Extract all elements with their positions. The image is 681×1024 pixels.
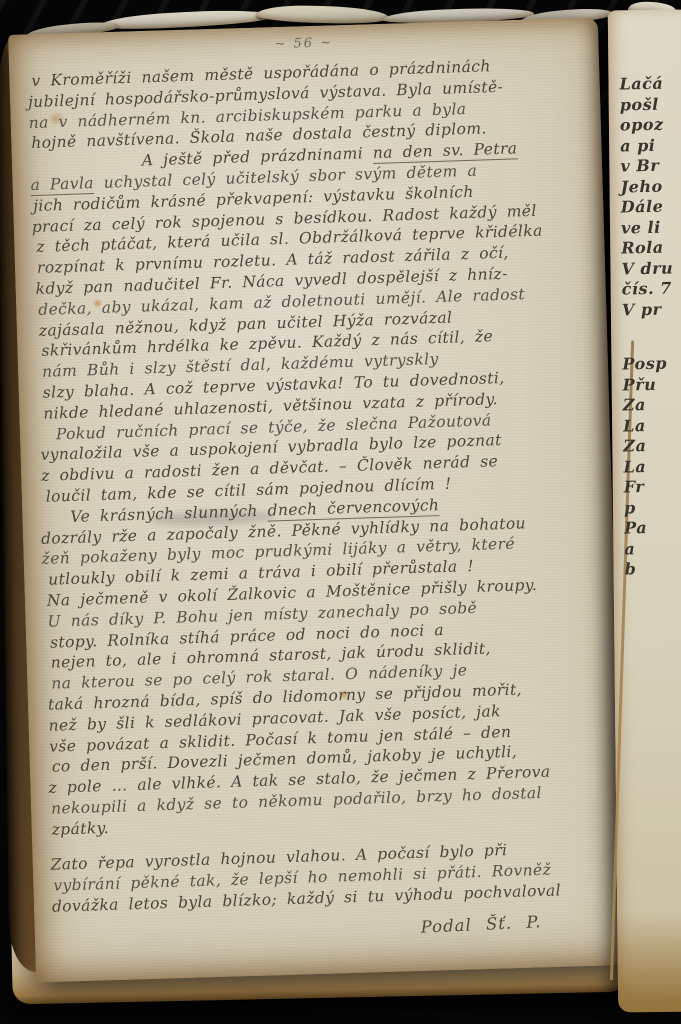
next-page-line-fragment: a pi: [620, 135, 672, 156]
next-page-line-fragment: ve li: [621, 217, 673, 238]
next-page-line-fragment: La: [623, 415, 675, 436]
next-page-text-fragments: Lačápošlopoza piv BrJehoDáleve liRolaV d…: [619, 74, 676, 580]
next-page-line-fragment: pošl: [620, 94, 672, 115]
manuscript-text: v Kroměříži našem městě uspořádána o prá…: [27, 54, 615, 946]
next-page-line-fragment: opoz: [620, 115, 672, 136]
next-page-line-fragment: Dále: [621, 197, 673, 218]
next-page-line-fragment: V dru: [621, 258, 673, 279]
next-page-line-fragment: Rola: [621, 238, 673, 259]
next-page-line-fragment: Lačá: [619, 74, 671, 95]
next-page-line-fragment: V pr: [622, 299, 674, 320]
next-page-line-fragment: Posp: [622, 354, 674, 375]
photo-of-chronicle-page: { "colors":{ "paper":"#d7d0bb", "paper2"…: [0, 0, 681, 1024]
signature: Podal Šť. P.: [420, 909, 615, 937]
next-page-line-fragment: Pa: [624, 518, 676, 539]
next-page-line-fragment: b: [624, 559, 676, 580]
next-page-line-fragment: Za: [623, 436, 675, 457]
next-page-line-fragment: Za: [623, 395, 675, 416]
next-page-line-fragment: a: [624, 538, 676, 559]
next-page-edge: Lačápošlopoza piv BrJehoDáleve liRolaV d…: [608, 10, 681, 1013]
next-page-line-fragment: Přu: [622, 374, 674, 395]
next-page-line-fragment: v Br: [620, 156, 672, 177]
manuscript-page: ~ 56 ~ v Kroměříži našem městě uspořádán…: [8, 17, 626, 982]
next-page-line-fragment: Fr: [624, 477, 676, 498]
page-number: ~ 56 ~: [274, 35, 333, 52]
next-page-line-fragment: La: [623, 456, 675, 477]
next-page-line-fragment: čís. 7: [621, 279, 673, 300]
next-page-line-fragment: p: [624, 497, 676, 518]
underlined-phrase: a Pavla: [30, 174, 94, 196]
next-page-line-fragment: Jeho: [620, 176, 672, 197]
